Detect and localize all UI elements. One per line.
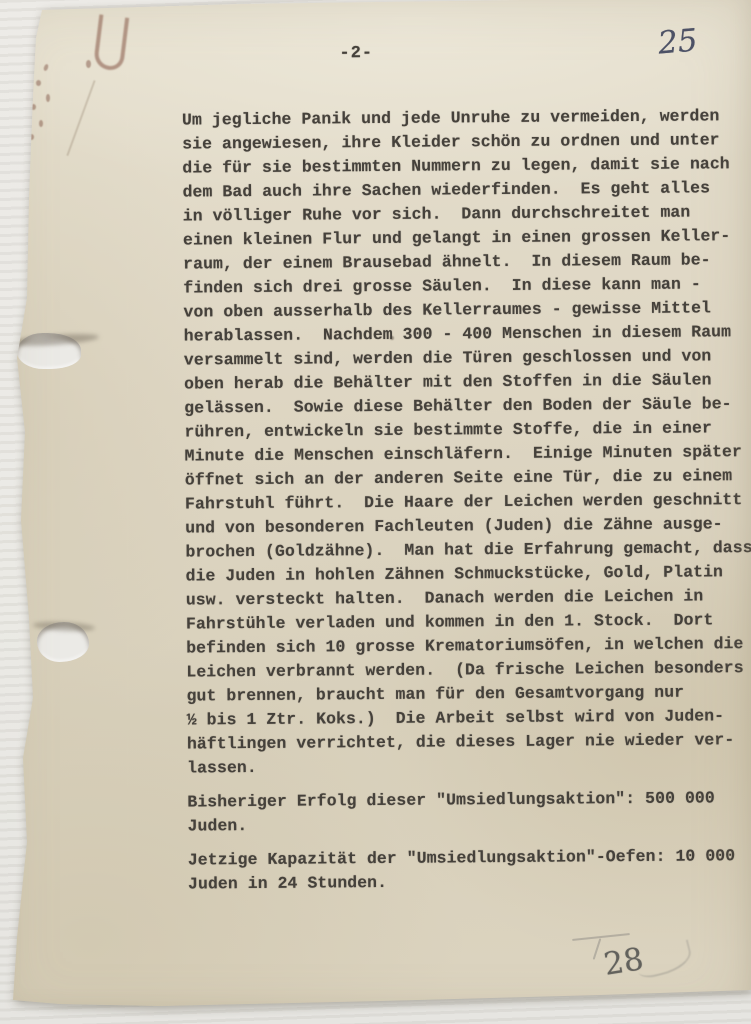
photo-backdrop: -2- Um jegliche Panik und jede Unruhe zu… — [0, 0, 751, 1024]
paper-hole — [17, 333, 81, 369]
paper-sheet: -2- Um jegliche Panik und jede Unruhe zu… — [0, 0, 751, 1024]
rust-speck — [46, 94, 50, 102]
scratch-mark — [66, 80, 95, 156]
rust-stain-mark — [93, 14, 129, 71]
paragraph-main: Um jegliche Panik und jede Unruhe zu ver… — [182, 104, 751, 780]
paper-hole — [37, 622, 89, 662]
typewritten-layer: -2- Um jegliche Panik und jede Unruhe zu… — [0, 0, 747, 3]
rust-speck — [36, 80, 41, 86]
pencil-number: 28 — [601, 941, 646, 983]
rust-speck — [31, 104, 36, 110]
handwritten-page-number: 25 — [657, 22, 699, 61]
ink-speck — [390, 336, 394, 340]
pencil-scribble — [633, 940, 694, 981]
rust-speck — [86, 60, 91, 68]
page-number: -2- — [339, 44, 373, 63]
pencil-stroke — [593, 938, 602, 960]
paper-edge-tear — [0, 560, 18, 710]
rust-speck — [39, 120, 43, 127]
pencil-stroke — [572, 933, 630, 941]
paragraph-capacity: Jetzige Kapazität der "Umsiedlungsaktion… — [188, 844, 751, 897]
document-body: Um jegliche Panik und jede Unruhe zu ver… — [182, 104, 751, 896]
rust-speck — [43, 64, 49, 72]
rust-speck — [29, 134, 34, 140]
paragraph-total-count: Bisheriger Erfolg dieser "Umsiedlungsakt… — [187, 786, 751, 839]
paper-sheet-wrap: -2- Um jegliche Panik und jede Unruhe zu… — [0, 0, 751, 1024]
